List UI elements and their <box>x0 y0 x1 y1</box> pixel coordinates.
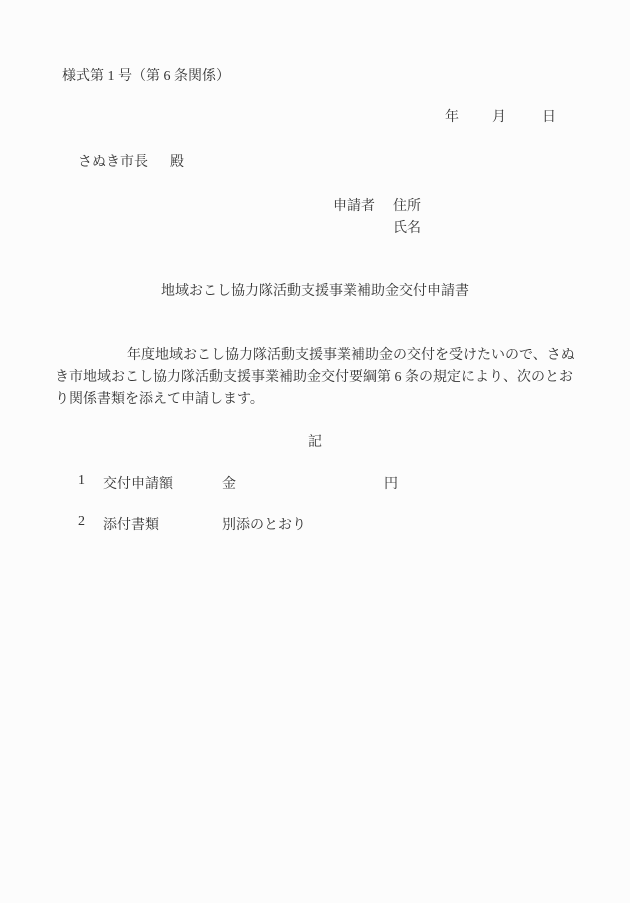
day-label: 日 <box>542 110 556 125</box>
record-marker: 記 <box>0 431 630 451</box>
date-line: 年月日 <box>445 106 556 126</box>
item-value: 別添のとおり <box>222 514 306 534</box>
applicant-address-label: 住所 <box>393 199 421 214</box>
applicant-name-row: 氏名 <box>333 218 421 240</box>
recipient-line: さぬき市長殿 <box>78 151 184 171</box>
item-number: 2 <box>78 514 85 530</box>
item-row-application-amount: 1 交付申請額 金 円 <box>0 473 630 493</box>
item-row-attached-documents: 2 添付書類 別添のとおり <box>0 514 630 534</box>
applicant-block: 申請者住所 氏名 <box>333 196 421 240</box>
body-line: り関係書類を添えて申請します。 <box>55 389 579 411</box>
applicant-address-row: 申請者住所 <box>333 196 421 218</box>
amount-suffix: 円 <box>384 473 398 493</box>
body-paragraph: 年度地域おこし協力隊活動支援事業補助金の交付を受けたいので、さぬ き市地域おこし… <box>55 345 579 411</box>
body-line: き市地域おこし協力隊活動支援事業補助金交付要綱第 6 条の規定により、次のとお <box>55 367 579 389</box>
item-label: 添付書類 <box>103 514 159 534</box>
item-number: 1 <box>78 473 85 489</box>
form-number: 様式第 1 号（第 6 条関係） <box>62 65 230 85</box>
item-label: 交付申請額 <box>103 473 173 493</box>
year-label: 年 <box>445 110 459 125</box>
applicant-label: 申請者 <box>333 199 375 214</box>
recipient-title: さぬき市長 <box>78 155 148 170</box>
body-line: 年度地域おこし協力隊活動支援事業補助金の交付を受けたいので、さぬ <box>55 345 579 367</box>
applicant-name-label: 氏名 <box>393 221 421 236</box>
document-page: 様式第 1 号（第 6 条関係） 年月日 さぬき市長殿 申請者住所 氏名 地域お… <box>0 0 630 903</box>
document-title: 地域おこし協力隊活動支援事業補助金交付申請書 <box>0 280 630 300</box>
month-label: 月 <box>492 110 506 125</box>
recipient-honorific: 殿 <box>170 155 184 170</box>
amount-prefix: 金 <box>222 473 236 493</box>
